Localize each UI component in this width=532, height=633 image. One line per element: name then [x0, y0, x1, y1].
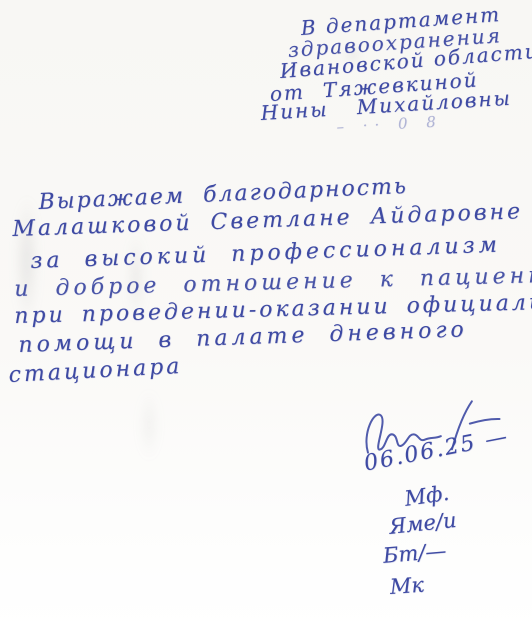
- signature-initials: Яме/и: [388, 508, 458, 539]
- scan-smudge: [140, 390, 158, 460]
- scanned-handwritten-letter: В департамент здравоохранения Ивановской…: [0, 0, 532, 633]
- signature-initials: Мк: [389, 573, 425, 599]
- signature-initials: Бт/—: [382, 538, 447, 567]
- body-line: стационара: [8, 354, 183, 388]
- signature-initials: Мф.: [403, 481, 451, 511]
